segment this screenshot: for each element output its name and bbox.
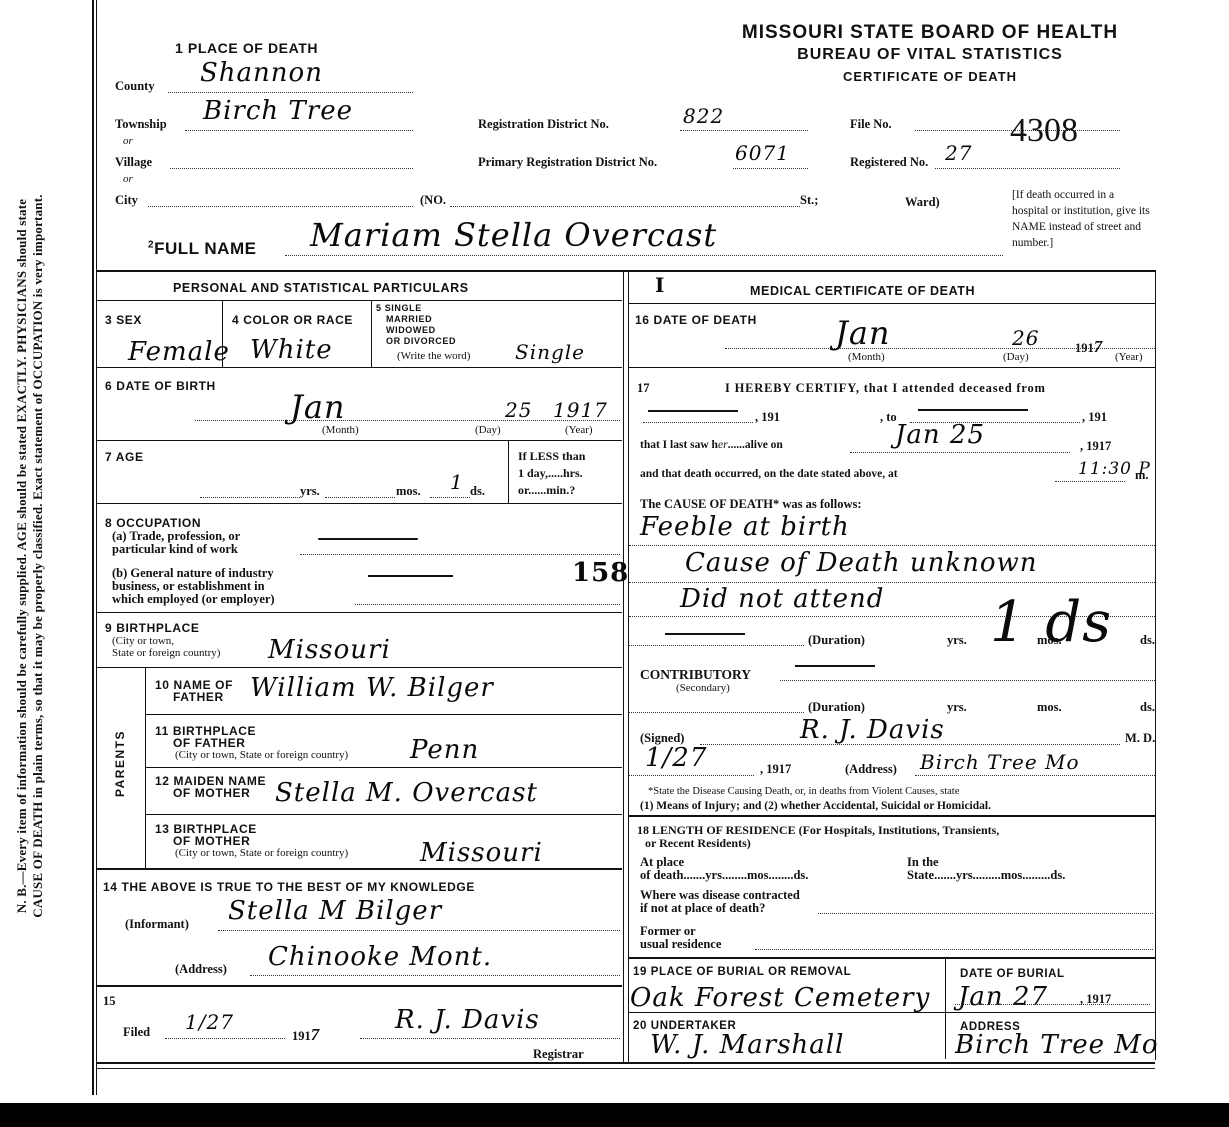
burial-date-line — [955, 1004, 1150, 1005]
divider — [629, 303, 1155, 304]
filed-date: 1/27 — [185, 1010, 234, 1034]
divider — [629, 367, 1155, 368]
last-saw-text: that I last saw her......alive on — [640, 439, 783, 451]
divider — [629, 815, 1155, 817]
birthplace-sub: (City or town, — [112, 635, 174, 647]
reg-district-value: 822 — [683, 104, 724, 128]
num-17: 17 — [637, 381, 650, 396]
street-label: St.; — [800, 193, 818, 208]
divider — [97, 503, 622, 504]
birthplace-sub: State or foreign country) — [112, 647, 220, 659]
occupation-label: 8 OCCUPATION — [105, 516, 201, 530]
bureau-title: BUREAU OF VITAL STATISTICS — [640, 46, 1220, 64]
cause-3: Did not attend — [680, 584, 884, 614]
duration-mos-2: mos. — [1037, 700, 1062, 715]
reg-district-label: Registration District No. — [478, 117, 609, 132]
full-name-line — [285, 255, 1003, 256]
parents-label: PARENTS — [113, 757, 127, 797]
primary-reg-label: Primary Registration District No. — [478, 155, 657, 170]
contracted-line — [818, 913, 1153, 914]
to-year: , 191 — [1082, 410, 1107, 425]
registrar-value: R. J. Davis — [395, 1005, 540, 1035]
dob-year: 1917 — [553, 398, 608, 422]
cause-2: Cause of Death unknown — [685, 548, 1038, 578]
mother-value: Stella M. Overcast — [275, 778, 538, 808]
last-saw-date: Jan 25 — [895, 420, 985, 450]
dod-year: 1917 — [1075, 337, 1102, 357]
father-value: William W. Bilger — [250, 673, 494, 703]
dash-mark — [795, 665, 875, 667]
race-value: White — [250, 335, 333, 365]
city-label: City — [115, 193, 138, 208]
less-than-label: If LESS than — [518, 449, 585, 464]
certify-text: I HEREBY CERTIFY, that I attended deceas… — [725, 381, 1046, 396]
dash-mark — [368, 575, 453, 577]
year-label: (Year) — [1115, 351, 1143, 363]
duration-line — [629, 645, 804, 646]
board-title: MISSOURI STATE BOARD OF HEALTH — [640, 22, 1220, 44]
dod-day: 26 — [1012, 326, 1039, 350]
yrs-label: yrs. — [300, 484, 320, 499]
month-label: (Month) — [322, 424, 359, 436]
undertaker-address-value: Birch Tree Mo — [955, 1030, 1159, 1060]
day-label: (Day) — [1003, 351, 1029, 363]
father-birthplace-sub: (City or town, State or foreign country) — [175, 749, 348, 761]
time-line — [1055, 481, 1125, 482]
divider — [97, 985, 622, 987]
duration-yrs: yrs. — [947, 633, 967, 648]
mother-birthplace-value: Missouri — [420, 838, 543, 868]
divider — [629, 1012, 1155, 1013]
divider — [945, 959, 946, 1059]
township-label: Township — [115, 117, 167, 132]
footnote-2: (1) Means of Injury; and (2) whether Acc… — [640, 800, 991, 812]
contributory-line — [780, 680, 1155, 681]
registrar-label: Registrar — [533, 1047, 584, 1062]
city-line — [148, 206, 413, 207]
age-days-value: 1 — [450, 470, 464, 494]
village-line — [170, 168, 413, 169]
township-value: Birch Tree — [203, 96, 353, 126]
village-label: Village — [115, 155, 152, 170]
last-saw-2: alive on — [745, 439, 783, 451]
informant-line — [218, 930, 620, 931]
filed-year-suffix: 7 — [311, 1025, 320, 1044]
signed-date: 1/27 — [645, 743, 707, 773]
from-year: , 191 — [755, 410, 780, 425]
divider — [97, 612, 622, 613]
dod-label: 16 DATE OF DEATH — [635, 313, 757, 327]
divider — [146, 814, 622, 815]
cause-heading: The CAUSE OF DEATH* was as follows: — [640, 497, 862, 512]
bottom-border — [97, 1062, 1155, 1064]
dob-label: 6 DATE OF BIRTH — [105, 379, 216, 393]
personal-heading: PERSONAL AND STATISTICAL PARTICULARS — [173, 281, 469, 295]
divider — [222, 301, 223, 367]
street-no-label: (NO. — [420, 193, 446, 208]
dod-year-prefix: 191 — [1075, 341, 1094, 355]
at-place-values: of death.......yrs........mos........ds. — [640, 868, 808, 883]
father-birthplace-value: Penn — [410, 735, 479, 765]
full-name-label-text: FULL NAME — [154, 239, 256, 258]
marital-label-line: WIDOWED — [376, 325, 456, 336]
day-label: (Day) — [475, 424, 501, 436]
signed-date-line — [629, 775, 754, 776]
primary-reg-line — [733, 168, 808, 169]
marital-label-line: MARRIED — [376, 314, 456, 325]
marital-label-line: OR DIVORCED — [376, 336, 456, 347]
footnote-1: *State the Disease Causing Death, or, in… — [648, 786, 959, 797]
right-border — [1155, 270, 1156, 1060]
occurred-text: and that death occurred, on the date sta… — [640, 468, 898, 480]
registered-no-label: Registered No. — [850, 155, 928, 170]
dash-mark — [648, 410, 738, 412]
mos-label: mos. — [396, 484, 421, 499]
less-than-hrs: 1 day,.....hrs. — [518, 466, 583, 481]
burial-date-label: DATE OF BURIAL — [960, 968, 1065, 980]
duration-line-2 — [629, 712, 804, 713]
township-line — [185, 130, 413, 131]
occupation-b-label: which employed (or employer) — [112, 592, 275, 607]
informant-label: (Informant) — [125, 917, 189, 932]
cause-line-2 — [629, 582, 1155, 583]
birthplace-value: Missouri — [268, 635, 391, 665]
duration-mark: 1 ds — [990, 590, 1112, 655]
duration-ds-2: ds. — [1140, 700, 1155, 715]
last-saw-pronoun: er — [718, 439, 728, 451]
contributory-label: CONTRIBUTORY — [640, 667, 751, 683]
informant-address-line — [250, 975, 620, 976]
parents-divider — [145, 668, 146, 868]
from-line — [643, 422, 753, 423]
duration-ds: ds. — [1140, 633, 1155, 648]
file-no-value: 4308 — [1010, 112, 1078, 150]
reg-district-line — [680, 130, 808, 131]
informant-value: Stella M Bilger — [228, 896, 442, 926]
registered-no-line — [935, 168, 1120, 169]
marital-label-line: 5 SINGLE — [376, 303, 456, 314]
medical-mark: I — [655, 273, 665, 297]
filed-num: 15 — [103, 994, 116, 1009]
mother-birthplace-label: OF MOTHER — [173, 834, 250, 848]
sex-label: 3 SEX — [105, 313, 142, 327]
center-divider — [623, 272, 624, 1062]
age-yrs-line — [200, 497, 300, 498]
mother-label: OF MOTHER — [173, 786, 250, 800]
certificate-title: CERTIFICATE OF DEATH — [640, 69, 1220, 84]
occupation-code-mark: 158 — [572, 558, 629, 588]
undertaker-value: W. J. Marshall — [650, 1030, 844, 1060]
ward-label: Ward) — [905, 195, 940, 210]
filed-label: Filed — [123, 1025, 150, 1040]
burial-place-value: Oak Forest Cemetery — [630, 983, 930, 1013]
mother-birthplace-sub: (City or town, State or foreign country) — [175, 847, 348, 859]
filed-year: 1917 — [292, 1025, 319, 1045]
side-note-line-2: CAUSE OF DEATH in plain terms, so that i… — [30, 56, 46, 1056]
dash-mark — [318, 538, 418, 540]
last-saw-year: , 1917 — [1080, 439, 1111, 454]
father-birthplace-label: OF FATHER — [173, 736, 246, 750]
file-no-label: File No. — [850, 117, 892, 132]
physician-address: Birch Tree Mo — [920, 750, 1080, 774]
side-note-line-1: N. B.—Every item of information should b… — [14, 56, 30, 1056]
burial-date-value: Jan 27 — [958, 982, 1048, 1012]
left-border-inner — [96, 0, 97, 1095]
divider — [97, 367, 622, 368]
informant-address-label: (Address) — [175, 962, 227, 977]
county-line — [168, 92, 413, 93]
age-ds-line — [430, 497, 470, 498]
registered-no-value: 27 — [945, 141, 972, 165]
year-label: (Year) — [565, 424, 593, 436]
informant-address-value: Chinooke Mont. — [268, 942, 492, 972]
dob-day: 25 — [505, 398, 532, 422]
cause-line-1 — [629, 545, 1155, 546]
age-mos-line — [325, 497, 395, 498]
divider — [146, 714, 622, 715]
write-the-word: (Write the word) — [397, 350, 470, 362]
age-label: 7 AGE — [105, 450, 144, 464]
divider — [97, 300, 622, 301]
duration-label: (Duration) — [808, 633, 865, 648]
primary-reg-value: 6071 — [735, 141, 790, 165]
filed-year-prefix: 191 — [292, 1029, 311, 1043]
left-border — [92, 0, 94, 1095]
last-saw-line — [850, 452, 1070, 453]
divider — [146, 767, 622, 768]
divider — [97, 440, 622, 441]
physician-address-line — [915, 775, 1155, 776]
dob-month: Jan — [290, 388, 346, 426]
divider — [629, 957, 1155, 959]
full-name-label: 2FULL NAME — [148, 239, 256, 259]
full-name-value: Mariam Stella Overcast — [310, 216, 717, 254]
divider — [508, 441, 509, 503]
occupation-b-line — [355, 604, 620, 605]
cause-1: Feeble at birth — [640, 512, 850, 542]
dash-mark — [918, 409, 1028, 411]
residence-heading-2: or Recent Residents) — [645, 836, 751, 851]
marital-value: Single — [515, 340, 585, 364]
last-saw-1: that I last saw h — [640, 439, 718, 451]
occupation-a-line — [300, 554, 620, 555]
duration-yrs-2: yrs. — [947, 700, 967, 715]
death-certificate: N. B.—Every item of information should b… — [0, 0, 1229, 1103]
md-label: M. D. — [1125, 731, 1155, 746]
physician-address-label: (Address) — [845, 762, 897, 777]
county-value: Shannon — [200, 58, 323, 88]
medical-heading: MEDICAL CERTIFICATE OF DEATH — [750, 284, 975, 298]
ds-label: ds. — [470, 484, 485, 499]
divider — [97, 270, 1155, 272]
signed-year: , 1917 — [760, 762, 791, 777]
center-divider-2 — [628, 272, 629, 1062]
or-text: or — [123, 173, 133, 185]
secondary-label: (Secondary) — [676, 682, 730, 694]
race-label: 4 COLOR OR RACE — [232, 313, 353, 327]
dash-mark — [665, 633, 745, 635]
duration-label-2: (Duration) — [808, 700, 865, 715]
dod-year-suffix: 7 — [1094, 337, 1103, 356]
occupation-a-label: particular kind of work — [112, 542, 238, 557]
registrar-line — [360, 1038, 620, 1039]
month-label: (Month) — [848, 351, 885, 363]
sex-value: Female — [128, 337, 230, 367]
divider — [97, 667, 622, 668]
signed-value: R. J. Davis — [800, 715, 945, 745]
or-text: or — [123, 135, 133, 147]
divider — [371, 301, 372, 367]
place-of-death-heading: 1 PLACE OF DEATH — [175, 40, 318, 56]
less-than-min: or......min.? — [518, 483, 575, 498]
street-line — [450, 206, 800, 207]
divider — [97, 868, 622, 870]
dod-month: Jan — [835, 314, 891, 352]
time-suffix: m. — [1135, 468, 1149, 483]
hospital-note: [If death occurred in a hospital or inst… — [1012, 187, 1152, 251]
contracted-label-2: if not at place of death? — [640, 901, 765, 916]
side-instructions: N. B.—Every item of information should b… — [14, 56, 46, 1056]
marital-label: 5 SINGLE MARRIED WIDOWED OR DIVORCED — [376, 303, 456, 347]
county-label: County — [115, 79, 155, 94]
birthplace-label: 9 BIRTHPLACE — [105, 621, 200, 635]
in-state-values: State.......yrs.........mos.........ds. — [907, 868, 1065, 883]
burial-place-label: 19 PLACE OF BURIAL OR REMOVAL — [633, 966, 851, 978]
informant-heading: 14 THE ABOVE IS TRUE TO THE BEST OF MY K… — [103, 880, 475, 894]
former-residence-label-2: usual residence — [640, 937, 721, 952]
former-residence-line — [755, 949, 1153, 950]
father-label: FATHER — [173, 690, 224, 704]
bottom-border-2 — [97, 1068, 1155, 1069]
filed-date-line — [165, 1038, 285, 1039]
